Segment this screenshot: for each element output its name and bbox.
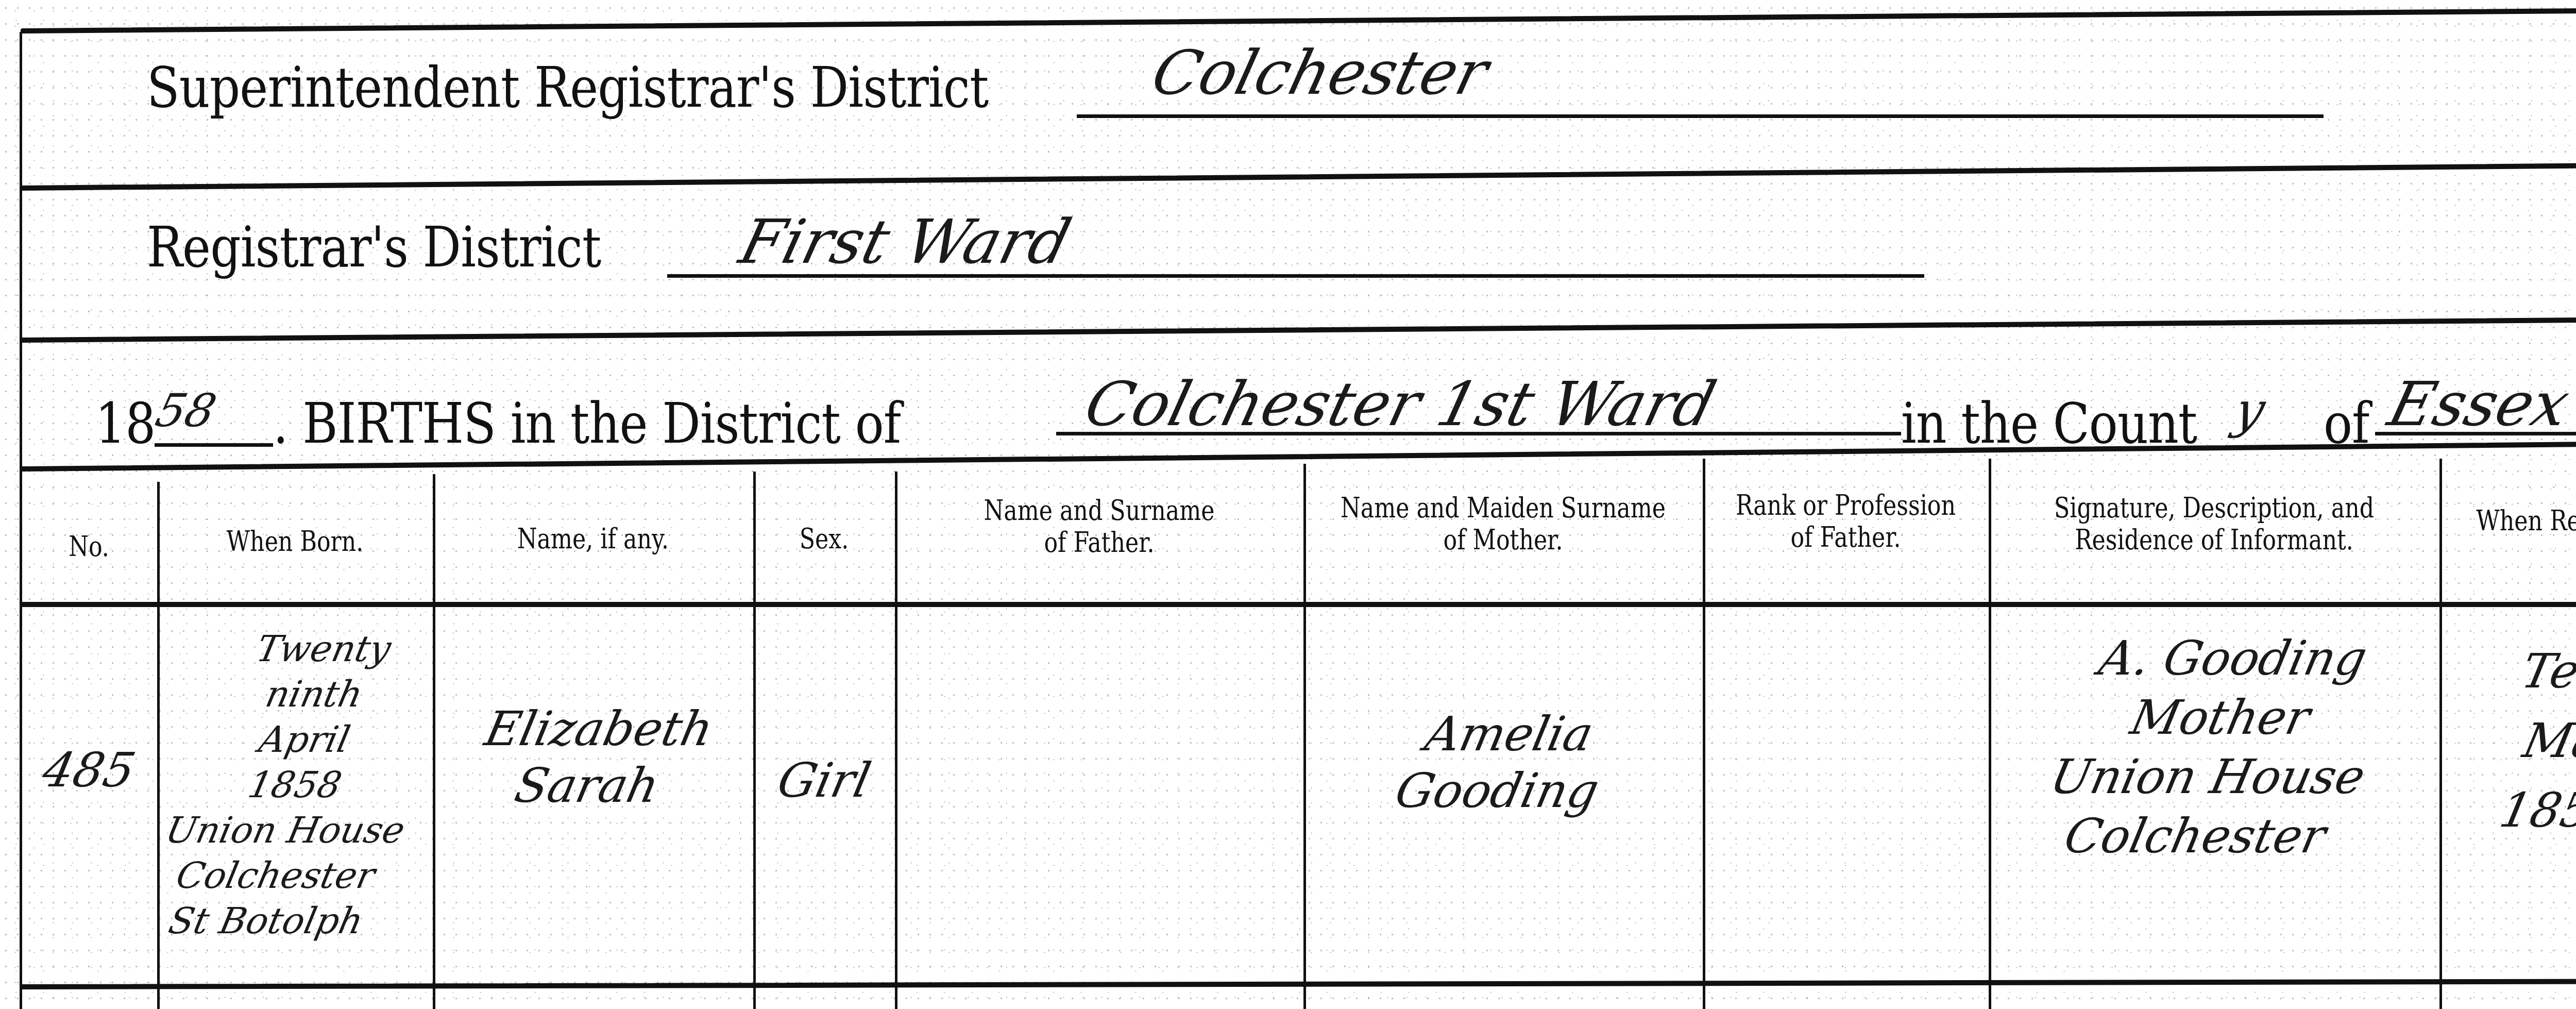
county-value: Essex [2382, 368, 2576, 440]
header-name: Name, if any. [462, 523, 724, 555]
year-prefix: 18 [95, 392, 155, 456]
header-no: No. [33, 531, 145, 563]
cell-name: Elizabeth Sarah [421, 701, 766, 814]
births-label: . BIRTHS in the District of [273, 392, 901, 456]
registrar-value: First Ward [733, 206, 1078, 277]
cell-mother: Amelia Gooding [1292, 706, 1715, 819]
year-suffix: 58 [150, 384, 222, 437]
header-mother: Name and Maiden Surnameof Mother. [1340, 492, 1667, 556]
year-underline [155, 443, 273, 447]
header-sex: Sex. [766, 523, 883, 555]
registrar-label: Registrar's District [147, 215, 601, 280]
header-informant: Signature, Description, andResidence of … [2029, 492, 2399, 556]
rule-3 [21, 312, 2576, 343]
page-left-border [20, 32, 22, 1009]
header-when-registered: When Registered [2464, 505, 2576, 537]
col-divider [1989, 459, 1991, 1009]
rule-2 [21, 157, 2576, 191]
district-value: Colchester 1st Ward [1078, 368, 1723, 440]
top-rule [21, 3, 2576, 33]
header-father-rank: Rank or Professionof Father. [1728, 490, 1963, 553]
superintendent-label: Superintendent Registrar's District [147, 56, 988, 120]
superintendent-value: Colchester [1145, 37, 1496, 108]
header-father: Name and Surnameof Father. [931, 495, 1266, 559]
cell-when-born: Twenty ninth April 1858 Union House Colc… [124, 626, 467, 944]
col-divider [895, 472, 897, 1009]
county-y: y [2229, 381, 2271, 439]
cell-sex: Girl [747, 752, 901, 809]
cell-informant: A. Gooding Mother Union House Colchester [1963, 629, 2465, 866]
row-top-rule [21, 602, 2576, 607]
cell-no: 485 [14, 742, 163, 799]
superintendent-underline [1077, 114, 2324, 118]
row-bottom-rule [21, 978, 2576, 989]
header-when-born: When Born. [182, 526, 408, 558]
col-divider [1303, 464, 1306, 1009]
